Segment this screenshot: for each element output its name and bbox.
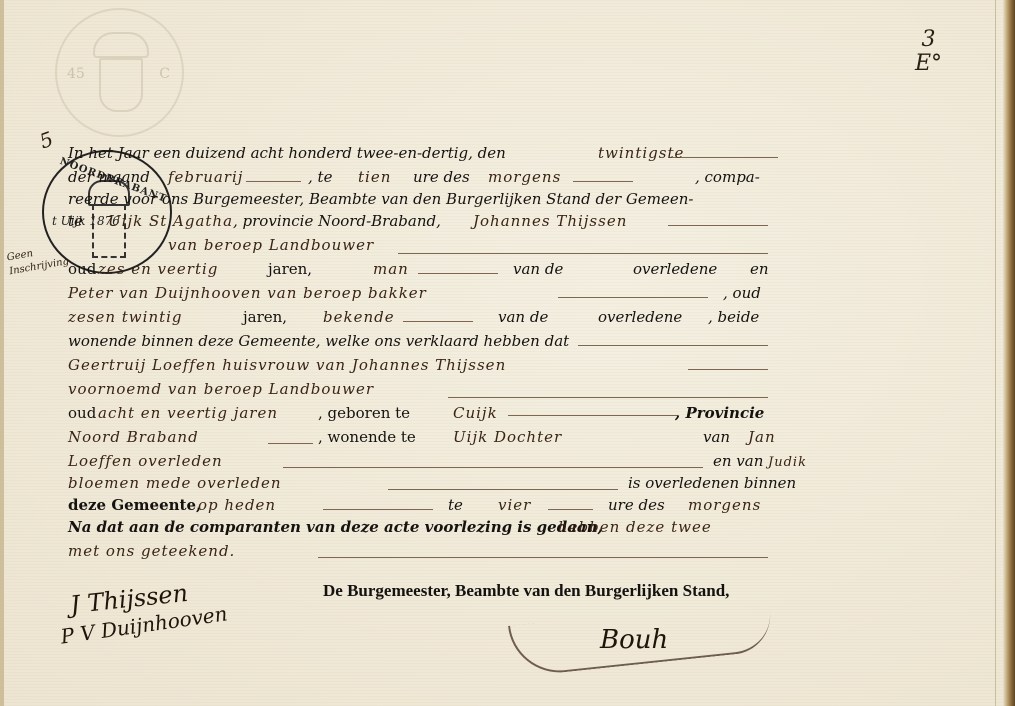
crown-icon [93, 32, 149, 58]
printed-text: , Provincie [675, 404, 764, 422]
printed-text: oud [68, 404, 96, 422]
printed-text: te [68, 212, 83, 230]
page-left-edge [0, 0, 4, 706]
handwritten-residence-and-relation: Uijk Dochter [453, 428, 562, 446]
fill-line [418, 273, 498, 274]
fill-line [558, 297, 708, 298]
official-title: De Burgemeester, Beambte van den Burgerl… [323, 581, 729, 601]
signature-official: Bouh [600, 625, 668, 655]
printed-text: overledene [633, 260, 717, 278]
fill-line [688, 369, 768, 370]
handwritten-province: Noord Braband [68, 428, 199, 446]
printed-text: , provincie Noord-Braband, [233, 212, 441, 230]
fill-line [573, 181, 633, 182]
handwritten-signing-note: hebben deze twee [558, 518, 712, 536]
handwritten-relationship: bekende [323, 308, 395, 326]
coat-of-arms-icon [99, 58, 143, 112]
handwritten-municipality: Uijk St Agatha [108, 212, 233, 230]
printed-text: jaren, [268, 260, 312, 278]
handwritten-closing: met ons geteekend. [68, 542, 235, 560]
embossed-tax-stamp-watermark: 45 C [55, 8, 184, 137]
fill-line [578, 345, 768, 346]
act-number: 5 [36, 127, 56, 154]
handwritten-birthplace: Cuijk [453, 404, 498, 422]
handwritten-declarant-1-occupation: van beroep Landbouwer [168, 236, 374, 254]
page-binding-edge [1003, 0, 1015, 706]
handwritten-deceased-spouse-occupation: voornoemd van beroep Landbouwer [68, 380, 374, 398]
printed-text: Na dat aan de comparanten van deze acte … [68, 518, 603, 536]
handwritten-declarant-2: Peter van Duijnhooven van beroep bakker [68, 284, 427, 302]
fill-line [668, 225, 768, 226]
page-number-suffix: E° [915, 52, 942, 76]
printed-text: , oud [723, 284, 761, 302]
printed-text: van [703, 428, 730, 446]
fill-line [323, 509, 433, 510]
handwritten-declarant-1-name: Johannes Thijssen [473, 212, 627, 230]
handwritten-day: twintigste [598, 144, 684, 162]
printed-text: oud [68, 260, 96, 278]
printed-text: van de [498, 308, 548, 326]
handwritten-relationship: man [373, 260, 409, 278]
watermark-value: 45 [67, 66, 85, 82]
printed-text: , beide [708, 308, 759, 326]
fill-line [246, 181, 301, 182]
handwritten-deceased-age: acht en veertig jaren [98, 404, 278, 422]
fill-line [318, 557, 768, 558]
printed-text: overledene [598, 308, 682, 326]
page-number: 3 E° [915, 28, 942, 76]
printed-text: In het Jaar een duizend acht honderd twe… [68, 144, 506, 162]
fill-line [668, 157, 778, 158]
printed-text: , geboren te [318, 404, 410, 422]
printed-text: en [750, 260, 769, 278]
record-line-18: met ons geteekend. [68, 536, 774, 564]
printed-text: van de [513, 260, 563, 278]
fill-line [508, 415, 678, 416]
handwritten-declarant-1-age: zes en veertig [98, 260, 218, 278]
page-number-value: 3 [915, 28, 942, 52]
handwritten-declarant-2-age: zesen twintig [68, 308, 183, 326]
fill-line [268, 443, 313, 444]
fill-line [403, 321, 473, 322]
watermark-currency: C [159, 66, 170, 82]
printed-text: , wonende te [318, 428, 416, 446]
fill-line [548, 509, 593, 510]
handwritten-deceased-name: Geertruij Loeffen huisvrouw van Johannes… [68, 356, 506, 374]
printed-text: wonende binnen deze Gemeente, welke ons … [68, 332, 569, 350]
margin-note: Geen Inschrijving [6, 245, 50, 280]
printed-text: jaren, [243, 308, 287, 326]
handwritten-father-first-name: Jan [748, 428, 776, 446]
